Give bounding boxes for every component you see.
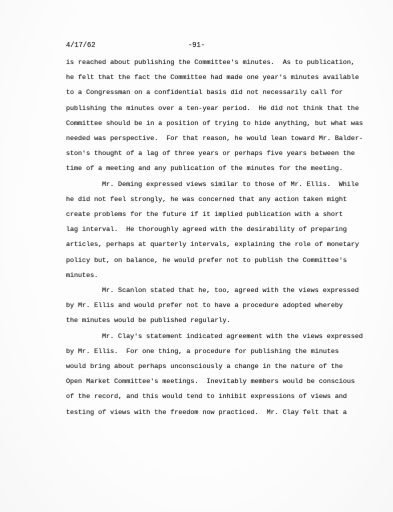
paragraph-clay: Mr. Clay's statement indicated agreement… bbox=[66, 330, 386, 421]
page-number: -91- bbox=[0, 41, 393, 51]
paragraph-deming: Mr. Deming expressed views similar to th… bbox=[66, 178, 386, 284]
paragraph-scanlon: Mr. Scanlon stated that he, too, agreed … bbox=[66, 284, 386, 330]
document-body: is reached about publishing the Committe… bbox=[66, 56, 386, 421]
document-page: 4/17/62 -91- is reached about publishing… bbox=[0, 0, 393, 512]
paragraph-continuation: is reached about publishing the Committe… bbox=[66, 56, 386, 178]
page-header: 4/17/62 -91- bbox=[0, 41, 393, 55]
